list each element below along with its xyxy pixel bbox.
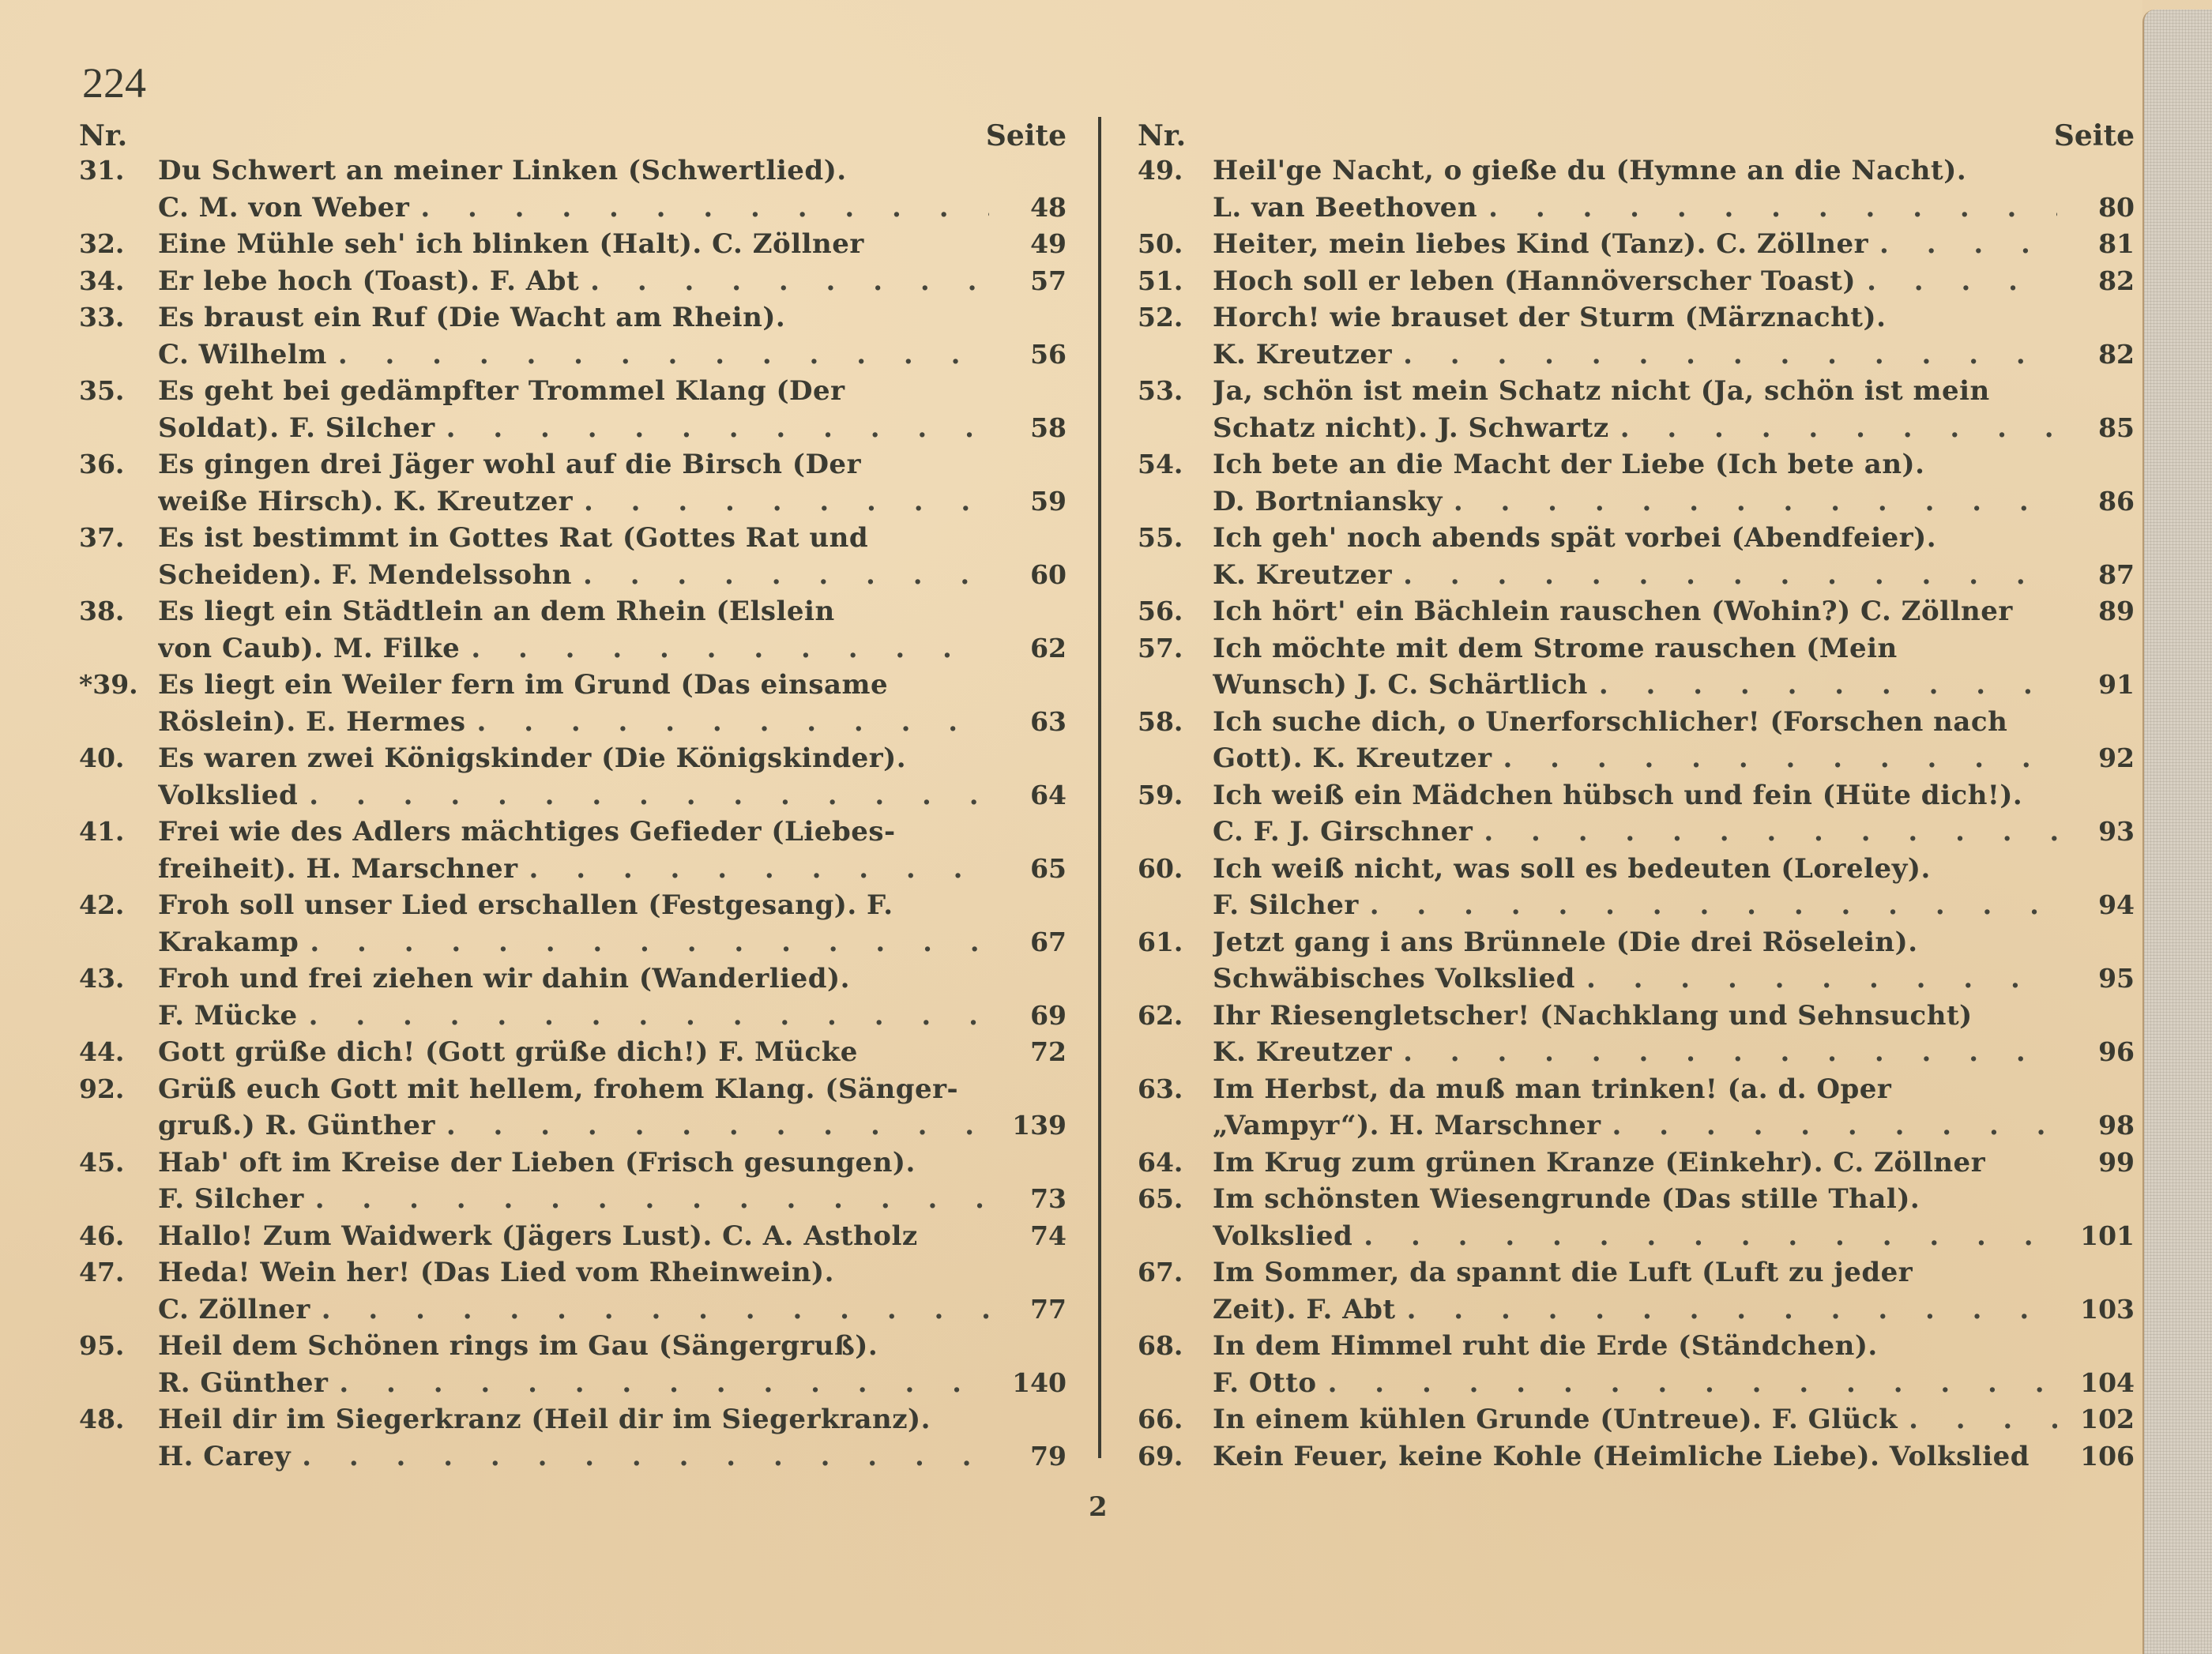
entry-number: 36.: [79, 446, 158, 483]
entry-line: Gott). K. Kreutzer92: [1138, 740, 2135, 777]
entry-title-text: Es waren zwei Königskinder (Die Königski…: [158, 740, 906, 777]
entry-line: K. Kreutzer87: [1138, 557, 2135, 594]
entry-number: 66.: [1138, 1401, 1213, 1438]
entry-page: 87: [2063, 557, 2135, 594]
entry-composer-text: C. Wilhelm: [158, 336, 327, 374]
entry-composer-text: F. Mücke: [158, 998, 298, 1035]
entry-line: K. Kreutzer82: [1138, 336, 2135, 374]
dot-leader: [1407, 1291, 2057, 1329]
entry-line: „Vampyr“). H. Marschner98: [1138, 1107, 2135, 1145]
entry-page: 82: [2063, 263, 2135, 300]
entry-line: 46.Hallo! Zum Waidwerk (Jägers Lust). C.…: [79, 1218, 1066, 1255]
entry-composer-text: Gott). K. Kreutzer: [1213, 740, 1492, 777]
dot-leader: [420, 190, 989, 227]
entry-composer-text: R. Günther: [158, 1365, 328, 1402]
entry-number: 57.: [1138, 630, 1213, 667]
entry-page: 69: [995, 998, 1066, 1035]
dot-leader: [471, 630, 989, 667]
entry-line: 44.Gott grüße dich! (Gott grüße dich!) F…: [79, 1034, 1066, 1071]
entry-title-text: Im Sommer, da spannt die Luft (Luft zu j…: [1213, 1254, 1913, 1291]
entry-line: F. Mücke69: [79, 998, 1066, 1035]
dot-leader: [1879, 226, 2057, 263]
entry-title: Eine Mühle seh' ich blinken (Halt). C. Z…: [158, 226, 995, 263]
entry-title-text: Froh und frei ziehen wir dahin (Wanderli…: [158, 960, 850, 998]
entry-composer-text: Volkslied: [1213, 1218, 1352, 1255]
entry-composer: Schwäbisches Volkslied: [1213, 960, 2063, 998]
entry-number: 65.: [1138, 1181, 1213, 1218]
index-entry: 34.Er lebe hoch (Toast). F. Abt57: [79, 263, 1066, 300]
index-entry: 68.In dem Himmel ruht die Erde (Ständche…: [1138, 1328, 2135, 1401]
entry-title: Heiter, mein liebes Kind (Tanz). C. Zöll…: [1213, 226, 2063, 263]
entry-page: 80: [2063, 190, 2135, 227]
entry-page: 82: [2063, 336, 2135, 374]
entry-line: Schwäbisches Volkslied95: [1138, 960, 2135, 998]
entry-line: 68.In dem Himmel ruht die Erde (Ständche…: [1138, 1328, 2135, 1365]
entry-number: 33.: [79, 299, 158, 336]
dot-leader: [1484, 814, 2057, 851]
entry-title: Jetzt gang i ans Brünnele (Die drei Röse…: [1213, 924, 2063, 961]
entry-line: 53.Ja, schön ist mein Schatz nicht (Ja, …: [1138, 373, 2135, 410]
entry-title-text: Kein Feuer, keine Kohle (Heimliche Liebe…: [1213, 1438, 2030, 1475]
entry-composer-text: „Vampyr“). H. Marschner: [1213, 1107, 1601, 1145]
column-divider: [1098, 117, 1101, 1458]
entry-composer: Volkslied: [1213, 1218, 2063, 1255]
entry-number: 95.: [79, 1328, 158, 1365]
dot-leader: [1364, 1218, 2057, 1255]
index-entry: 67.Im Sommer, da spannt die Luft (Luft z…: [1138, 1254, 2135, 1328]
entry-number: 49.: [1138, 152, 1213, 190]
entry-line: 40.Es waren zwei Königskinder (Die König…: [79, 740, 1066, 777]
entry-page: 77: [995, 1291, 1066, 1329]
entry-composer: Volkslied: [158, 777, 995, 814]
entry-page: 64: [995, 777, 1066, 814]
entry-title-text: Hoch soll er leben (Hannöverscher Toast): [1213, 263, 1856, 300]
entry-line: L. van Beethoven80: [1138, 190, 2135, 227]
entry-title-text: In dem Himmel ruht die Erde (Ständchen).: [1213, 1328, 1878, 1365]
entry-title: Heil dir im Siegerkranz (Heil dir im Sie…: [158, 1401, 995, 1438]
entry-page: 58: [995, 410, 1066, 447]
entry-composer: Scheiden). F. Mendelssohn: [158, 557, 995, 594]
index-entry: 36.Es gingen drei Jäger wohl auf die Bir…: [79, 446, 1066, 520]
entry-title-text: Es liegt ein Weiler fern im Grund (Das e…: [158, 667, 888, 704]
entry-page: 62: [995, 630, 1066, 667]
entry-title-text: Es ist bestimmt in Gottes Rat (Gottes Ra…: [158, 520, 868, 557]
entry-title-text: Ich bete an die Macht der Liebe (Ich bet…: [1213, 446, 1924, 483]
entry-number: 37.: [79, 520, 158, 557]
entry-line: F. Silcher94: [1138, 887, 2135, 924]
dot-leader: [1403, 336, 2057, 374]
entry-page: 59: [995, 483, 1066, 521]
entry-line: 43.Froh und frei ziehen wir dahin (Wande…: [79, 960, 1066, 998]
entry-composer: F. Silcher: [1213, 887, 2063, 924]
dot-leader: [1403, 1034, 2057, 1071]
entry-page: 57: [995, 263, 1066, 300]
entry-line: 64.Im Krug zum grünen Kranze (Einkehr). …: [1138, 1145, 2135, 1182]
entry-page: 139: [995, 1107, 1066, 1145]
entry-title: Heil'ge Nacht, o gieße du (Hymne an die …: [1213, 152, 2063, 190]
entry-line: 54.Ich bete an die Macht der Liebe (Ich …: [1138, 446, 2135, 483]
entry-title-text: Jetzt gang i ans Brünnele (Die drei Röse…: [1213, 924, 1918, 961]
entry-composer: F. Otto: [1213, 1365, 2063, 1402]
entry-line: 50.Heiter, mein liebes Kind (Tanz). C. Z…: [1138, 226, 2135, 263]
entry-number: 50.: [1138, 226, 1213, 263]
entry-line: H. Carey79: [79, 1438, 1066, 1475]
entry-title: Heda! Wein her! (Das Lied vom Rheinwein)…: [158, 1254, 995, 1291]
entry-line: 69.Kein Feuer, keine Kohle (Heimliche Li…: [1138, 1438, 2135, 1475]
dot-leader: [1370, 887, 2057, 924]
entry-number: 47.: [79, 1254, 158, 1291]
entry-composer: Gott). K. Kreutzer: [1213, 740, 2063, 777]
entry-title-text: Es braust ein Ruf (Die Wacht am Rhein).: [158, 299, 785, 336]
entry-page: 95: [2063, 960, 2135, 998]
index-column-right: Nr. Seite 49.Heil'ge Nacht, o gieße du (…: [1138, 115, 2135, 1475]
entry-list: 31.Du Schwert an meiner Linken (Schwertl…: [79, 152, 1066, 1475]
entry-line: gruß.) R. Günther139: [79, 1107, 1066, 1145]
index-entry: 42.Froh soll unser Lied erschallen (Fest…: [79, 887, 1066, 960]
index-entry: 37.Es ist bestimmt in Gottes Rat (Gottes…: [79, 520, 1066, 593]
entry-composer: von Caub). M. Filke: [158, 630, 995, 667]
entry-line: Soldat). F. Silcher58: [79, 410, 1066, 447]
entry-line: Röslein). E. Hermes63: [79, 704, 1066, 741]
entry-composer-text: F. Otto: [1213, 1365, 1317, 1402]
entry-page: 104: [2063, 1365, 2135, 1402]
entry-page: 60: [995, 557, 1066, 594]
header-seite: Seite: [986, 119, 1066, 152]
index-entry: 69.Kein Feuer, keine Kohle (Heimliche Li…: [1138, 1438, 2135, 1475]
entry-number: 48.: [79, 1401, 158, 1438]
entry-line: Volkslied101: [1138, 1218, 2135, 1255]
entry-composer: C. Zöllner: [158, 1291, 995, 1329]
entry-composer-text: H. Carey: [158, 1438, 291, 1475]
entry-line: Krakamp67: [79, 924, 1066, 961]
index-entry: 35.Es geht bei gedämpfter Trommel Klang …: [79, 373, 1066, 446]
entry-composer-text: freiheit). H. Marschner: [158, 851, 518, 888]
entry-title-text: Du Schwert an meiner Linken (Schwertlied…: [158, 152, 847, 190]
entry-line: 49.Heil'ge Nacht, o gieße du (Hymne an d…: [1138, 152, 2135, 190]
entry-title: Froh soll unser Lied erschallen (Festges…: [158, 887, 995, 924]
entry-title: Hoch soll er leben (Hannöverscher Toast): [1213, 263, 2063, 300]
entry-line: 62.Ihr Riesengletscher! (Nachklang und S…: [1138, 998, 2135, 1035]
entry-composer: C. F. J. Girschner: [1213, 814, 2063, 851]
dot-leader: [1620, 410, 2057, 447]
entry-line: von Caub). M. Filke62: [79, 630, 1066, 667]
entry-number: 69.: [1138, 1438, 1213, 1475]
entry-title-text: Heda! Wein her! (Das Lied vom Rheinwein)…: [158, 1254, 834, 1291]
index-entry: 48.Heil dir im Siegerkranz (Heil dir im …: [79, 1401, 1066, 1475]
dot-leader: [338, 336, 989, 374]
entry-page: 72: [995, 1034, 1066, 1071]
entry-title-text: In einem kühlen Grunde (Untreue). F. Glü…: [1213, 1401, 1898, 1438]
entry-line: 59.Ich weiß ein Mädchen hübsch und fein …: [1138, 777, 2135, 814]
entry-number: 52.: [1138, 299, 1213, 336]
entry-composer-text: von Caub). M. Filke: [158, 630, 460, 667]
entry-number: 61.: [1138, 924, 1213, 961]
index-entry: 43.Froh und frei ziehen wir dahin (Wande…: [79, 960, 1066, 1034]
index-column-left: Nr. Seite 31.Du Schwert an meiner Linken…: [79, 115, 1066, 1475]
dot-leader: [1454, 483, 2057, 521]
entry-line: 92.Grüß euch Gott mit hellem, frohem Kla…: [79, 1071, 1066, 1108]
index-entry: 58.Ich suche dich, o Unerforschlicher! (…: [1138, 704, 2135, 777]
dot-leader: [310, 924, 989, 961]
entry-number: 43.: [79, 960, 158, 998]
entry-title-text: Ich hört' ein Bächlein rauschen (Wohin?)…: [1213, 593, 2013, 630]
entry-title: In einem kühlen Grunde (Untreue). F. Glü…: [1213, 1401, 2063, 1438]
dot-leader: [309, 998, 989, 1035]
index-entry: 61.Jetzt gang i ans Brünnele (Die drei R…: [1138, 924, 2135, 998]
entry-number: 51.: [1138, 263, 1213, 300]
entry-page: 92: [2063, 740, 2135, 777]
dot-leader: [302, 1438, 989, 1475]
entry-title-text: Ja, schön ist mein Schatz nicht (Ja, sch…: [1213, 373, 1990, 410]
entry-line: C. Zöllner77: [79, 1291, 1066, 1329]
entry-composer: Zeit). F. Abt: [1213, 1291, 2063, 1329]
entry-line: 32.Eine Mühle seh' ich blinken (Halt). C…: [79, 226, 1066, 263]
entry-composer-text: Krakamp: [158, 924, 299, 961]
entry-line: 55.Ich geh' noch abends spät vorbei (Abe…: [1138, 520, 2135, 557]
entry-number: 44.: [79, 1034, 158, 1071]
entry-page: 86: [2063, 483, 2135, 521]
index-entry: 51.Hoch soll er leben (Hannöverscher Toa…: [1138, 263, 2135, 300]
index-entry: 33.Es braust ein Ruf (Die Wacht am Rhein…: [79, 299, 1066, 373]
index-entry: 60.Ich weiß nicht, was soll es bedeuten …: [1138, 851, 2135, 924]
entry-composer-text: C. M. von Weber: [158, 190, 409, 227]
entry-composer-text: Wunsch) J. C. Schärtlich: [1213, 667, 1588, 704]
index-entry: 63.Im Herbst, da muß man trinken! (a. d.…: [1138, 1071, 2135, 1145]
entry-page: 63: [995, 704, 1066, 741]
entry-number: 59.: [1138, 777, 1213, 814]
entry-line: 57.Ich möchte mit dem Strome rauschen (M…: [1138, 630, 2135, 667]
entry-line: C. F. J. Girschner93: [1138, 814, 2135, 851]
dot-leader: [1599, 667, 2057, 704]
index-entry: 55.Ich geh' noch abends spät vorbei (Abe…: [1138, 520, 2135, 593]
entry-number: 46.: [79, 1218, 158, 1255]
dot-leader: [1612, 1107, 2057, 1145]
index-entry: 57.Ich möchte mit dem Strome rauschen (M…: [1138, 630, 2135, 704]
entry-number: 63.: [1138, 1071, 1213, 1108]
entry-number: 92.: [79, 1071, 158, 1108]
entry-number: 38.: [79, 593, 158, 630]
entry-title-text: Es liegt ein Städtlein an dem Rhein (Els…: [158, 593, 835, 630]
entry-title: Heil dem Schönen rings im Gau (Sängergru…: [158, 1328, 995, 1365]
entry-title-text: Ich weiß ein Mädchen hübsch und fein (Hü…: [1213, 777, 2022, 814]
entry-title-text: Im schönsten Wiesengrunde (Das stille Th…: [1213, 1181, 1920, 1218]
entry-line: 51.Hoch soll er leben (Hannöverscher Toa…: [1138, 263, 2135, 300]
dot-leader: [322, 1291, 989, 1329]
entry-composer-text: K. Kreutzer: [1213, 557, 1392, 594]
entry-page: 103: [2063, 1291, 2135, 1329]
entry-page: 49: [995, 226, 1066, 263]
entry-title: Ich geh' noch abends spät vorbei (Abendf…: [1213, 520, 2063, 557]
entry-composer-text: F. Silcher: [1213, 887, 1359, 924]
entry-number: 32.: [79, 226, 158, 263]
entry-page: 65: [995, 851, 1066, 888]
entry-page: 79: [995, 1438, 1066, 1475]
entry-composer: F. Silcher: [158, 1181, 995, 1218]
entry-title-text: Eine Mühle seh' ich blinken (Halt). C. Z…: [158, 226, 864, 263]
entry-line: D. Bortniansky86: [1138, 483, 2135, 521]
index-entry: 40.Es waren zwei Königskinder (Die König…: [79, 740, 1066, 814]
entry-composer: Krakamp: [158, 924, 995, 961]
entry-composer-text: Scheiden). F. Mendelssohn: [158, 557, 572, 594]
entry-composer-text: Schwäbisches Volkslied: [1213, 960, 1575, 998]
entry-page: 98: [2063, 1107, 2135, 1145]
entry-line: 47.Heda! Wein her! (Das Lied vom Rheinwe…: [79, 1254, 1066, 1291]
entry-composer: Schatz nicht). J. Schwartz: [1213, 410, 2063, 447]
entry-composer-text: L. van Beethoven: [1213, 190, 1477, 227]
entry-page: 101: [2063, 1218, 2135, 1255]
entry-page: 93: [2063, 814, 2135, 851]
entry-title: In dem Himmel ruht die Erde (Ständchen).: [1213, 1328, 2063, 1365]
entry-composer: L. van Beethoven: [1213, 190, 2063, 227]
entry-composer-text: weiße Hirsch). K. Kreutzer: [158, 483, 573, 521]
entry-composer-text: Röslein). E. Hermes: [158, 704, 466, 741]
entry-title-text: Hab' oft im Kreise der Lieben (Frisch ge…: [158, 1145, 916, 1182]
entry-title-text: Ihr Riesengletscher! (Nachklang und Sehn…: [1213, 998, 1973, 1035]
entry-line: 60.Ich weiß nicht, was soll es bedeuten …: [1138, 851, 2135, 888]
entry-title: Es geht bei gedämpfter Trommel Klang (De…: [158, 373, 995, 410]
entry-title-text: Es geht bei gedämpfter Trommel Klang (De…: [158, 373, 845, 410]
entry-line: 61.Jetzt gang i ans Brünnele (Die drei R…: [1138, 924, 2135, 961]
dot-leader: [315, 1181, 989, 1218]
index-entry: 45.Hab' oft im Kreise der Lieben (Frisch…: [79, 1145, 1066, 1218]
entry-composer-text: K. Kreutzer: [1213, 1034, 1392, 1071]
column-header: Nr. Seite: [79, 115, 1066, 152]
entry-composer-text: C. Zöllner: [158, 1291, 310, 1329]
entry-line: 63.Im Herbst, da muß man trinken! (a. d.…: [1138, 1071, 2135, 1108]
entry-composer-text: Zeit). F. Abt: [1213, 1291, 1396, 1329]
entry-composer-text: D. Bortniansky: [1213, 483, 1443, 521]
dot-leader: [1328, 1365, 2057, 1402]
entry-composer-text: Soldat). F. Silcher: [158, 410, 435, 447]
entry-composer: Soldat). F. Silcher: [158, 410, 995, 447]
dot-leader: [1909, 1401, 2057, 1438]
entry-page: 89: [2063, 593, 2135, 630]
entry-composer: C. Wilhelm: [158, 336, 995, 374]
entry-page: 140: [995, 1365, 1066, 1402]
entry-page: 99: [2063, 1145, 2135, 1182]
entry-title: Es gingen drei Jäger wohl auf die Birsch…: [158, 446, 995, 483]
index-entry: 47.Heda! Wein her! (Das Lied vom Rheinwe…: [79, 1254, 1066, 1328]
dot-leader: [446, 1107, 989, 1145]
dot-leader: [1503, 740, 2057, 777]
entry-number: 62.: [1138, 998, 1213, 1035]
index-entry: 54.Ich bete an die Macht der Liebe (Ich …: [1138, 446, 2135, 520]
entry-title-text: Gott grüße dich! (Gott grüße dich!) F. M…: [158, 1034, 858, 1071]
index-entry: 32.Eine Mühle seh' ich blinken (Halt). C…: [79, 226, 1066, 263]
entry-composer-text: Schatz nicht). J. Schwartz: [1213, 410, 1609, 447]
entry-title-text: Ich möchte mit dem Strome rauschen (Mein: [1213, 630, 1898, 667]
dot-leader: [477, 704, 989, 741]
entry-title: Es braust ein Ruf (Die Wacht am Rhein).: [158, 299, 995, 336]
entry-composer: Wunsch) J. C. Schärtlich: [1213, 667, 2063, 704]
entry-title: Ihr Riesengletscher! (Nachklang und Sehn…: [1213, 998, 2063, 1035]
entry-composer: „Vampyr“). H. Marschner: [1213, 1107, 2063, 1145]
dot-leader: [446, 410, 989, 447]
entry-title: Ich weiß ein Mädchen hübsch und fein (Hü…: [1213, 777, 2063, 814]
entry-page: 67: [995, 924, 1066, 961]
entry-composer-text: C. F. J. Girschner: [1213, 814, 1473, 851]
entry-page: 74: [995, 1218, 1066, 1255]
entry-number: 55.: [1138, 520, 1213, 557]
entry-composer: weiße Hirsch). K. Kreutzer: [158, 483, 995, 521]
index-entry: 41.Frei wie des Adlers mächtiges Gefiede…: [79, 814, 1066, 887]
index-entry: *39.Es liegt ein Weiler fern im Grund (D…: [79, 667, 1066, 740]
entry-number: 35.: [79, 373, 158, 410]
entry-title: Im Sommer, da spannt die Luft (Luft zu j…: [1213, 1254, 2063, 1291]
entry-line: 37.Es ist bestimmt in Gottes Rat (Gottes…: [79, 520, 1066, 557]
entry-title: Hab' oft im Kreise der Lieben (Frisch ge…: [158, 1145, 995, 1182]
entry-composer: K. Kreutzer: [1213, 1034, 2063, 1071]
entry-line: K. Kreutzer96: [1138, 1034, 2135, 1071]
dot-leader: [590, 263, 989, 300]
entry-number: 45.: [79, 1145, 158, 1182]
entry-title: Im schönsten Wiesengrunde (Das stille Th…: [1213, 1181, 2063, 1218]
entry-composer-text: gruß.) R. Günther: [158, 1107, 435, 1145]
entry-line: 56.Ich hört' ein Bächlein rauschen (Wohi…: [1138, 593, 2135, 630]
index-entry: 49.Heil'ge Nacht, o gieße du (Hymne an d…: [1138, 152, 2135, 226]
entry-line: *39.Es liegt ein Weiler fern im Grund (D…: [79, 667, 1066, 704]
entry-line: Zeit). F. Abt103: [1138, 1291, 2135, 1329]
entry-title: Es liegt ein Städtlein an dem Rhein (Els…: [158, 593, 995, 630]
dot-leader: [1488, 190, 2057, 227]
dot-leader: [309, 777, 989, 814]
entry-page: 81: [2063, 226, 2135, 263]
entry-title: Es liegt ein Weiler fern im Grund (Das e…: [158, 667, 995, 704]
entry-title-text: Heil'ge Nacht, o gieße du (Hymne an die …: [1213, 152, 1966, 190]
index-entry: 38.Es liegt ein Städtlein an dem Rhein (…: [79, 593, 1066, 667]
entry-title: Ja, schön ist mein Schatz nicht (Ja, sch…: [1213, 373, 2063, 410]
entry-line: Wunsch) J. C. Schärtlich91: [1138, 667, 2135, 704]
entry-title-text: Hallo! Zum Waidwerk (Jägers Lust). C. A.…: [158, 1218, 918, 1255]
header-nr: Nr.: [79, 119, 127, 152]
entry-line: Volkslied64: [79, 777, 1066, 814]
dot-leader: [583, 557, 989, 594]
entry-title: Hallo! Zum Waidwerk (Jägers Lust). C. A.…: [158, 1218, 995, 1255]
page-number: 224: [82, 62, 146, 104]
index-entry: 46.Hallo! Zum Waidwerk (Jägers Lust). C.…: [79, 1218, 1066, 1255]
entry-title: Er lebe hoch (Toast). F. Abt: [158, 263, 995, 300]
entry-line: 66.In einem kühlen Grunde (Untreue). F. …: [1138, 1401, 2135, 1438]
entry-line: 31.Du Schwert an meiner Linken (Schwertl…: [79, 152, 1066, 190]
index-entry: 66.In einem kühlen Grunde (Untreue). F. …: [1138, 1401, 2135, 1438]
entry-line: C. M. von Weber48: [79, 190, 1066, 227]
entry-title: Horch! wie brauset der Sturm (Märznacht)…: [1213, 299, 2063, 336]
index-entry: 59.Ich weiß ein Mädchen hübsch und fein …: [1138, 777, 2135, 851]
entry-composer-text: K. Kreutzer: [1213, 336, 1392, 374]
entry-title-text: Ich suche dich, o Unerforschlicher! (For…: [1213, 704, 2007, 741]
entry-line: freiheit). H. Marschner65: [79, 851, 1066, 888]
entry-title-text: Ich geh' noch abends spät vorbei (Abendf…: [1213, 520, 1936, 557]
entry-page: 56: [995, 336, 1066, 374]
index-entry: 52.Horch! wie brauset der Sturm (Märznac…: [1138, 299, 2135, 373]
entry-number: 54.: [1138, 446, 1213, 483]
entry-line: Schatz nicht). J. Schwartz85: [1138, 410, 2135, 447]
entry-page: 94: [2063, 887, 2135, 924]
entry-line: 48.Heil dir im Siegerkranz (Heil dir im …: [79, 1401, 1066, 1438]
entry-title: Kein Feuer, keine Kohle (Heimliche Liebe…: [1213, 1438, 2063, 1475]
entry-line: Scheiden). F. Mendelssohn60: [79, 557, 1066, 594]
index-entry: 53.Ja, schön ist mein Schatz nicht (Ja, …: [1138, 373, 2135, 446]
entry-title: Es ist bestimmt in Gottes Rat (Gottes Ra…: [158, 520, 995, 557]
entry-number: 67.: [1138, 1254, 1213, 1291]
entry-title: Es waren zwei Königskinder (Die Königski…: [158, 740, 995, 777]
index-entry: 64.Im Krug zum grünen Kranze (Einkehr). …: [1138, 1145, 2135, 1182]
entry-line: 45.Hab' oft im Kreise der Lieben (Frisch…: [79, 1145, 1066, 1182]
dot-leader: [1867, 263, 2057, 300]
index-entry: 65.Im schönsten Wiesengrunde (Das stille…: [1138, 1181, 2135, 1254]
entry-composer: R. Günther: [158, 1365, 995, 1402]
entry-number: 41.: [79, 814, 158, 851]
